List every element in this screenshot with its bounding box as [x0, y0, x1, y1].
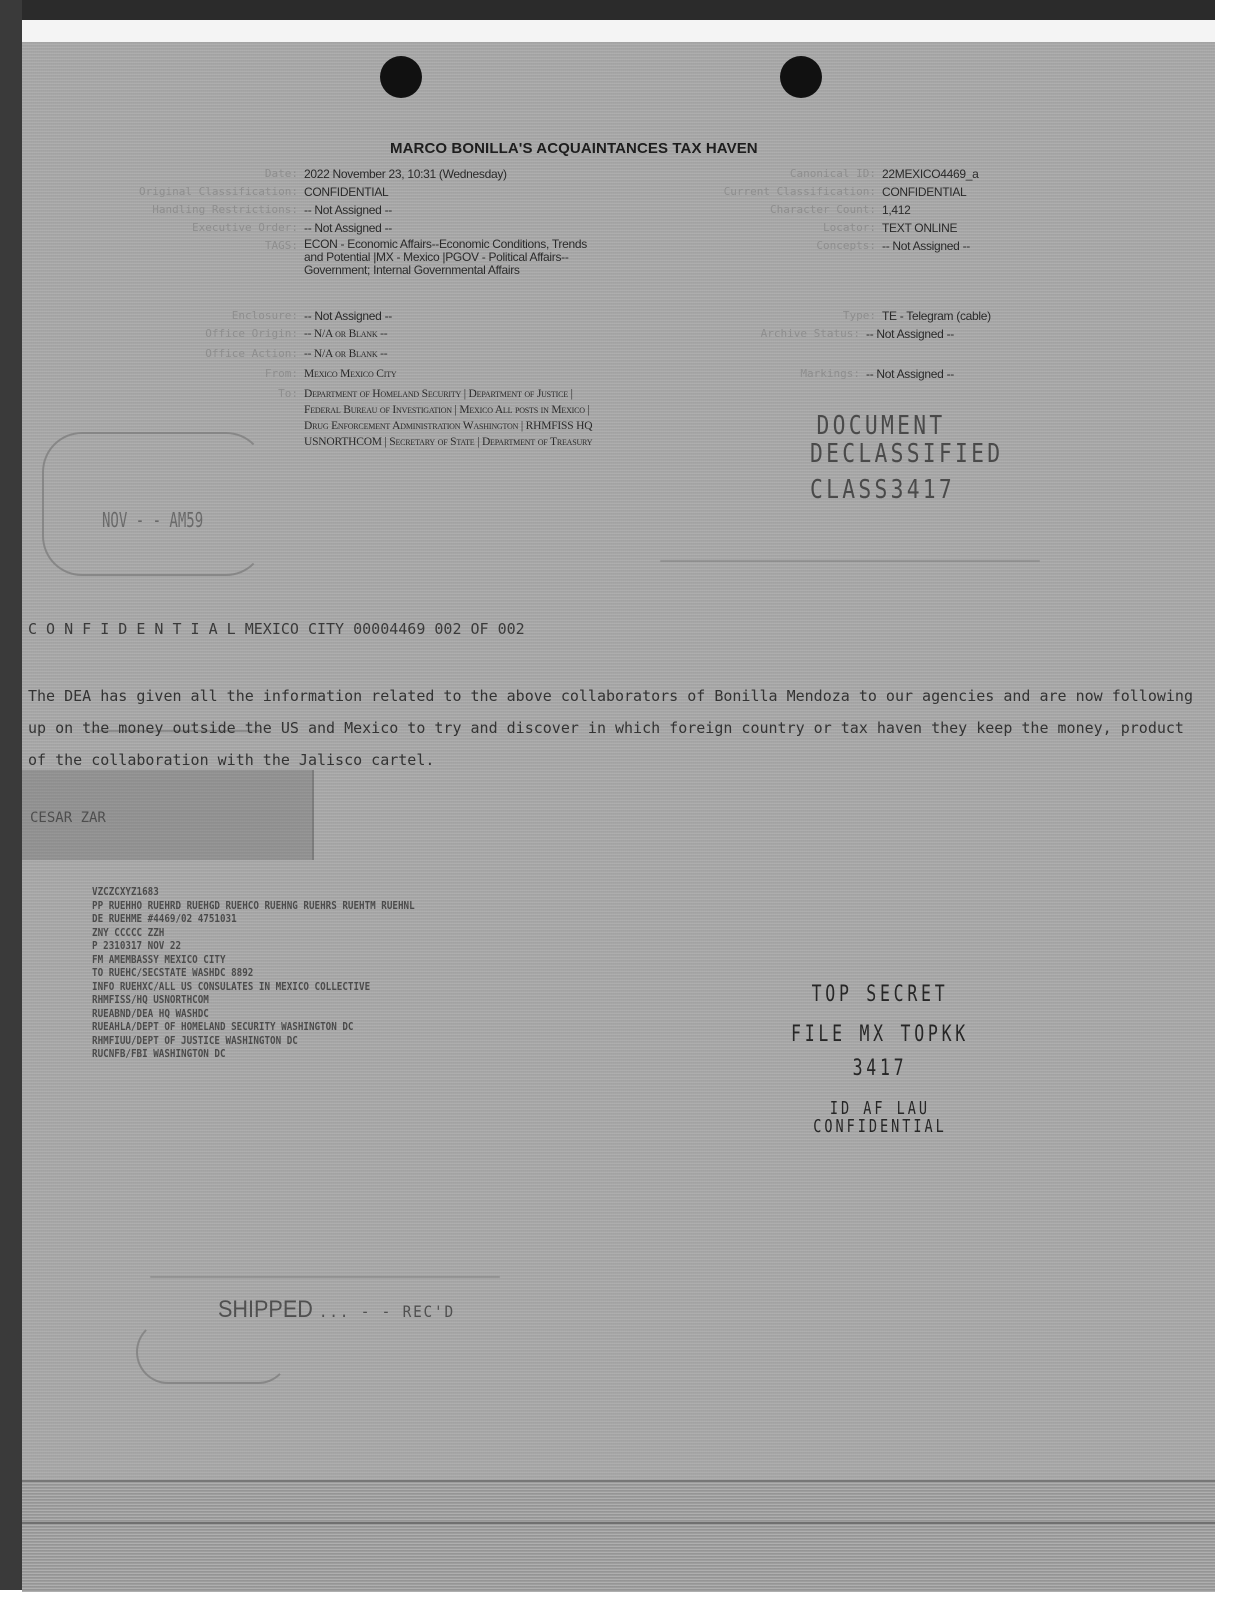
scan-left-border [0, 0, 22, 1590]
meta-label: Type: [690, 308, 882, 326]
meta-type: Type: TE - Telegram (cable) [690, 308, 1082, 326]
confidential-header: C O N F I D E N T I A L MEXICO CITY 0000… [28, 620, 525, 638]
meta-label: Original Classification: [100, 184, 304, 202]
declassified-stamp: DOCUMENT DECLASSIFIED CLASS3417 [810, 412, 1003, 504]
left-metadata: Date: 2022 November 23, 10:31 (Wednesday… [100, 166, 604, 450]
meta-label: Concepts: [690, 238, 882, 308]
meta-value: Mexico Mexico City [304, 366, 604, 386]
routing-line: TO RUEHC/SECSTATE WASHDC 8892 [92, 967, 415, 981]
meta-value: Department of Homeland Security | Depart… [304, 386, 604, 450]
stamp-line: CLASS3417 [810, 476, 1003, 504]
meta-label: Office Origin: [100, 326, 304, 346]
routing-line: P 2310317 NOV 22 [92, 940, 415, 954]
meta-value: TE - Telegram (cable) [882, 308, 1082, 326]
meta-label: Enclosure: [100, 308, 304, 326]
shipped-stamp: SHIPPED ... - - REC'D [218, 1296, 455, 1324]
routing-line: RUCNFB/FBI WASHINGTON DC [92, 1048, 415, 1062]
scan-white-band [22, 20, 1215, 42]
signature: CESAR ZAR [30, 810, 106, 826]
meta-enclosure: Enclosure: -- Not Assigned -- [100, 308, 604, 326]
meta-value: -- Not Assigned -- [882, 238, 1082, 308]
meta-character-count: Character Count: 1,412 [690, 202, 1082, 220]
stamp-line: FILE MX TOPKK 3417 [783, 1018, 978, 1086]
meta-date: Date: 2022 November 23, 10:31 (Wednesday… [100, 166, 604, 184]
stamp-confidential-line: CONFIDENTIAL [783, 1118, 978, 1136]
routing-line: RUEABND/DEA HQ WASHDC [92, 1008, 415, 1022]
routing-line: RHMFIUU/DEPT OF JUSTICE WASHINGTON DC [92, 1035, 415, 1049]
meta-value: 1,412 [882, 202, 1082, 220]
top-secret-stamp: TOP SECRET FILE MX TOPKK 3417 ID AF LAU … [750, 978, 1010, 1136]
meta-value: -- N/A or Blank -- [304, 326, 604, 346]
scan-streak [150, 1276, 500, 1278]
document-title: MARCO BONILLA'S ACQUAINTANCES TAX HAVEN [390, 140, 758, 157]
body-paragraph: The DEA has given all the information re… [28, 680, 1193, 776]
scan-streak [660, 560, 1040, 562]
meta-value: CONFIDENTIAL [882, 184, 1082, 202]
telegram-routing: VZCZCXYZ1683 PP RUEHHO RUEHRD RUEHGD RUE… [92, 886, 415, 1062]
punch-hole-right [780, 56, 822, 98]
received-date-stamp: NOV - - AM59 [102, 508, 203, 532]
meta-value: 22MEXICO4469_a [882, 166, 1082, 184]
meta-current-classification: Current Classification: CONFIDENTIAL [690, 184, 1082, 202]
meta-label: Handling Restrictions: [100, 202, 304, 220]
routing-line: FM AMEMBASSY MEXICO CITY [92, 954, 415, 968]
meta-handling-restrictions: Handling Restrictions: -- Not Assigned -… [100, 202, 604, 220]
routing-line: DE RUEHME #4469/02 4751031 [92, 913, 415, 927]
shipped-label: SHIPPED [218, 1296, 313, 1323]
routing-line: VZCZCXYZ1683 [92, 886, 415, 900]
meta-canonical-id: Canonical ID: 22MEXICO4469_a [690, 166, 1082, 184]
meta-from: From: Mexico Mexico City [100, 366, 604, 386]
meta-label: Date: [100, 166, 304, 184]
routing-line: RUEAHLA/DEPT OF HOMELAND SECURITY WASHIN… [92, 1021, 415, 1035]
meta-label: Current Classification: [690, 184, 882, 202]
meta-original-classification: Original Classification: CONFIDENTIAL [100, 184, 604, 202]
meta-executive-order: Executive Order: -- Not Assigned -- [100, 220, 604, 238]
received-stamp-outline [42, 432, 266, 576]
stamp-line: DOCUMENT [810, 412, 1003, 440]
punch-hole-left [380, 56, 422, 98]
meta-label: Locator: [690, 220, 882, 238]
meta-value: -- Not Assigned -- [304, 308, 604, 326]
meta-label: From: [100, 366, 304, 386]
meta-value: ECON - Economic Affairs--Economic Condit… [304, 238, 594, 308]
meta-value: -- Not Assigned -- [866, 366, 1066, 384]
meta-label: Office Action: [100, 346, 304, 366]
right-metadata: Canonical ID: 22MEXICO4469_a Current Cla… [690, 166, 1082, 384]
meta-value: -- Not Assigned -- [304, 220, 604, 238]
meta-label: Character Count: [690, 202, 882, 220]
routing-line: INFO RUEHXC/ALL US CONSULATES IN MEXICO … [92, 981, 415, 995]
meta-value: TEXT ONLINE [882, 220, 1082, 238]
meta-value: 2022 November 23, 10:31 (Wednesday) [304, 166, 604, 184]
routing-line: ZNY CCCCC ZZH [92, 927, 415, 941]
meta-value: -- N/A or Blank -- [304, 346, 604, 366]
stamp-line: DECLASSIFIED [810, 440, 1003, 468]
meta-label: Executive Order: [100, 220, 304, 238]
scan-bottom-noise [22, 1480, 1215, 1592]
routing-line: RHMFISS/HQ USNORTHCOM [92, 994, 415, 1008]
routing-line: PP RUEHHO RUEHRD RUEHGD RUEHCO RUEHNG RU… [92, 900, 415, 914]
scan-top-border [0, 0, 1215, 20]
stamp-line: TOP SECRET [783, 978, 978, 1012]
shipped-suffix: ... - - REC'D [319, 1302, 455, 1321]
meta-tags: TAGS: ECON - Economic Affairs--Economic … [100, 238, 604, 308]
meta-label: Canonical ID: [690, 166, 882, 184]
meta-value: -- Not Assigned -- [866, 326, 1066, 366]
meta-office-origin: Office Origin: -- N/A or Blank -- [100, 326, 604, 346]
meta-label: Archive Status: [690, 326, 866, 366]
meta-markings: Markings: -- Not Assigned -- [690, 366, 1082, 384]
meta-label: TAGS: [100, 238, 304, 308]
meta-value: CONFIDENTIAL [304, 184, 604, 202]
meta-locator: Locator: TEXT ONLINE [690, 220, 1082, 238]
meta-concepts: Concepts: -- Not Assigned -- [690, 238, 1082, 308]
shipped-stamp-outline [136, 1320, 290, 1384]
meta-office-action: Office Action: -- N/A or Blank -- [100, 346, 604, 366]
meta-archive-status: Archive Status: -- Not Assigned -- [690, 326, 1082, 366]
meta-label: Markings: [690, 366, 866, 384]
meta-value: -- Not Assigned -- [304, 202, 604, 220]
